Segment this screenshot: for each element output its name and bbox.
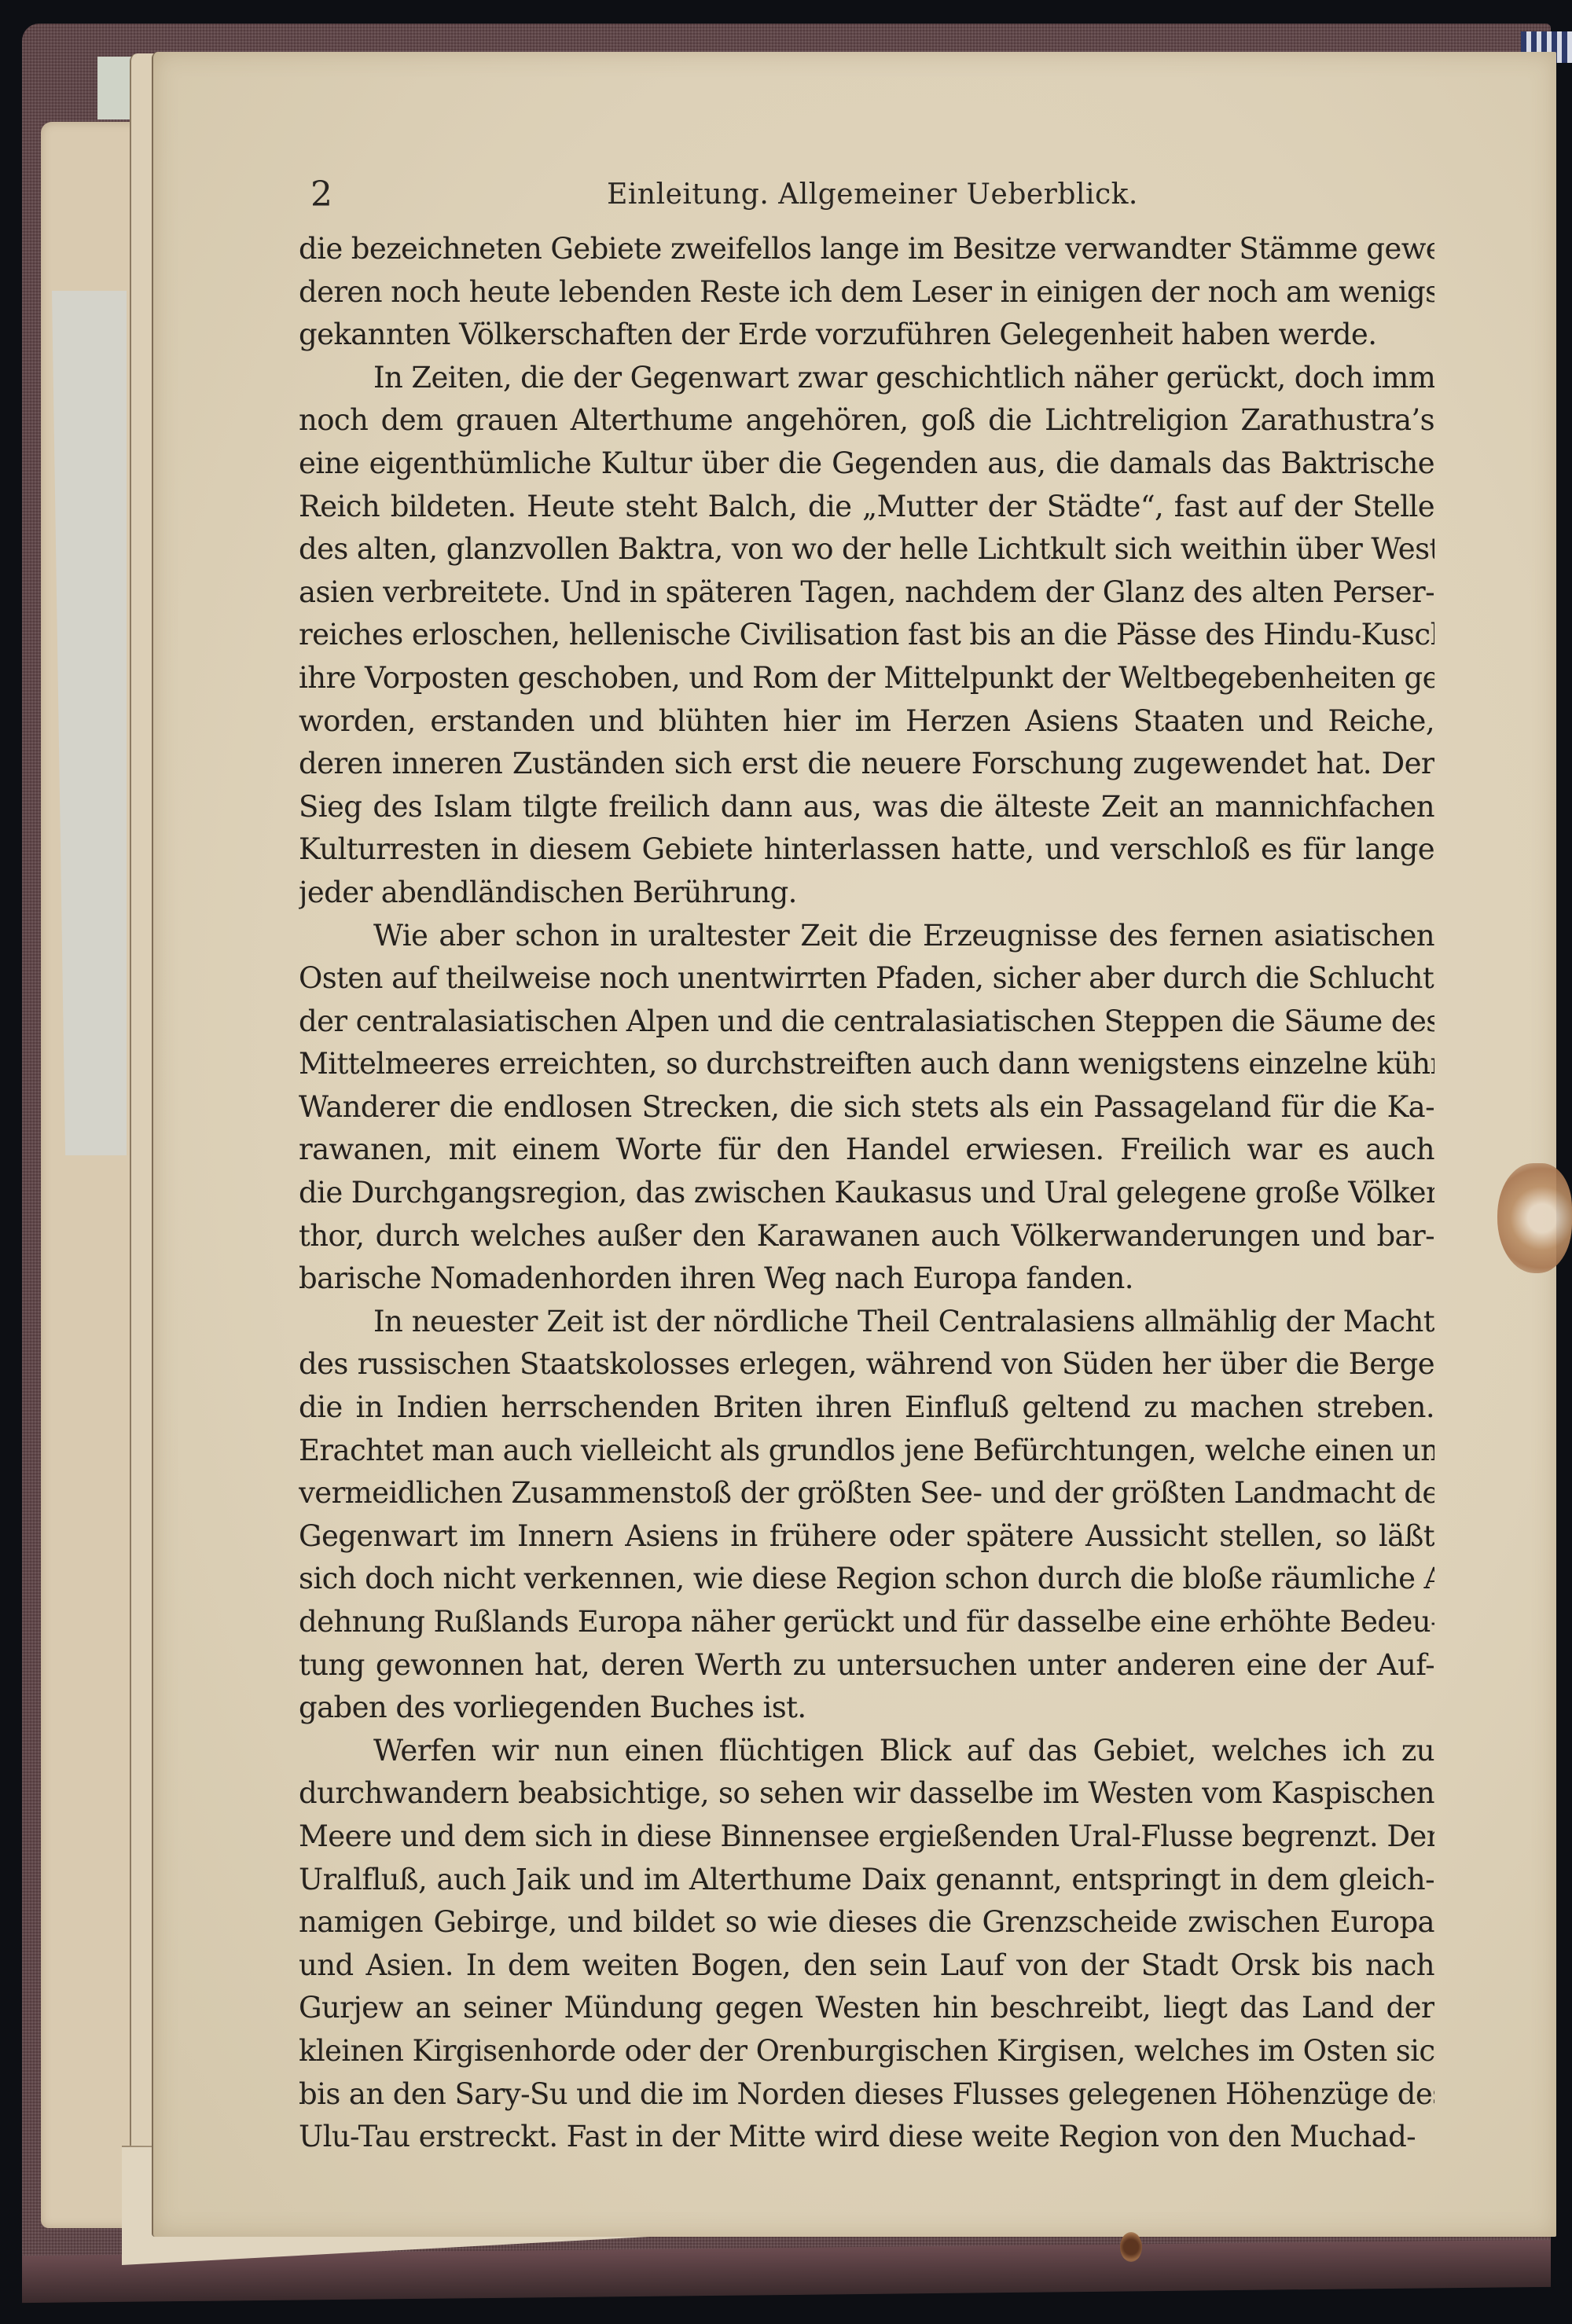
text-line: dehnung Rußlands Europa näher gerückt un… xyxy=(299,1601,1434,1644)
running-head: 2 Einleitung. Allgemeiner Ueberblick. xyxy=(310,171,1434,218)
ink-blot xyxy=(1120,2232,1142,2262)
text-line: des alten, glanzvollen Baktra, von wo de… xyxy=(299,528,1434,571)
text-line: In neuester Zeit ist der nördliche Theil… xyxy=(299,1301,1434,1344)
text-line: Osten auf theilweise noch unentwirrten P… xyxy=(299,957,1434,1000)
text-line: worden, erstanden und blühten hier im He… xyxy=(299,700,1434,743)
text-line: vermeidlichen Zusammenstoß der größten S… xyxy=(299,1472,1434,1515)
text-line: des russischen Staatskolosses erlegen, w… xyxy=(299,1343,1434,1386)
text-line: thor, durch welches außer den Karawanen … xyxy=(299,1215,1434,1258)
text-line: namigen Gebirge, und bildet so wie diese… xyxy=(299,1901,1434,1944)
text-line: sich doch nicht verkennen, wie diese Reg… xyxy=(299,1558,1434,1601)
chapter-title: Einleitung. Allgemeiner Ueberblick. xyxy=(310,171,1434,218)
text-line: Gurjew an seiner Mündung gegen Westen hi… xyxy=(299,1987,1434,2030)
text-line: die in Indien herrschenden Briten ihren … xyxy=(299,1386,1434,1430)
text-line: Mittelmeeres erreichten, so durchstreift… xyxy=(299,1043,1434,1086)
text-line: eine eigenthümliche Kultur über die Gege… xyxy=(299,442,1434,486)
text-line: und Asien. In dem weiten Bogen, den sein… xyxy=(299,1944,1434,1988)
text-line: barische Nomadenhorden ihren Weg nach Eu… xyxy=(299,1257,1434,1301)
text-line: Gegenwart im Innern Asiens in frühere od… xyxy=(299,1515,1434,1559)
page-stain xyxy=(1497,1163,1572,1273)
body-text: die bezeichneten Gebiete zweifellos lang… xyxy=(299,228,1434,2159)
text-line: Wanderer die endlosen Strecken, die sich… xyxy=(299,1086,1434,1129)
text-line: deren noch heute lebenden Reste ich dem … xyxy=(299,271,1434,314)
text-line: asien verbreitete. Und in späteren Tagen… xyxy=(299,571,1434,615)
text-line: Ulu-Tau erstreckt. Fast in der Mitte wir… xyxy=(299,2116,1434,2159)
text-line: Sieg des Islam tilgte freilich dann aus,… xyxy=(299,786,1434,829)
paragraph: Werfen wir nun einen flüchtigen Blick au… xyxy=(299,1730,1434,2159)
book-scan: Y. Hourne... 2 Einleitung. Allgemeiner U… xyxy=(0,0,1572,2324)
text-line: jeder abendländischen Berührung. xyxy=(299,872,1434,915)
text-line: deren inneren Zuständen sich erst die ne… xyxy=(299,743,1434,786)
paragraph: die bezeichneten Gebiete zweifellos lang… xyxy=(299,228,1434,357)
text-line: Meere und dem sich in diese Binnensee er… xyxy=(299,1816,1434,1859)
paragraph: In neuester Zeit ist der nördliche Theil… xyxy=(299,1301,1434,1730)
text-line: Reich bildeten. Heute steht Balch, die „… xyxy=(299,486,1434,529)
text-line: Kulturresten in diesem Gebiete hinterlas… xyxy=(299,828,1434,872)
text-line: durchwandern beabsichtige, so sehen wir … xyxy=(299,1772,1434,1816)
text-line: ihre Vorposten geschoben, und Rom der Mi… xyxy=(299,657,1434,700)
text-line: gekannten Völkerschaften der Erde vorzuf… xyxy=(299,314,1434,357)
text-line: bis an den Sary-Su und die im Norden die… xyxy=(299,2073,1434,2117)
text-line: reiches erloschen, hellenische Civilisat… xyxy=(299,614,1434,657)
text-line: In Zeiten, die der Gegenwart zwar geschi… xyxy=(299,357,1434,400)
text-line: Uralfluß, auch Jaik und im Alterthume Da… xyxy=(299,1859,1434,1902)
text-line: die Durchgangsregion, das zwischen Kauka… xyxy=(299,1172,1434,1215)
text-line: rawanen, mit einem Worte für den Handel … xyxy=(299,1129,1434,1172)
text-line: Werfen wir nun einen flüchtigen Blick au… xyxy=(299,1730,1434,1773)
paragraph: Wie aber schon in uraltester Zeit die Er… xyxy=(299,915,1434,1301)
text-line: der centralasiatischen Alpen und die cen… xyxy=(299,1000,1434,1044)
text-line: die bezeichneten Gebiete zweifellos lang… xyxy=(299,228,1434,271)
text-line: Wie aber schon in uraltester Zeit die Er… xyxy=(299,915,1434,958)
text-line: gaben des vorliegenden Buches ist. xyxy=(299,1687,1434,1730)
text-line: tung gewonnen hat, deren Werth zu unters… xyxy=(299,1644,1434,1687)
text-line: Erachtet man auch vielleicht als grundlo… xyxy=(299,1430,1434,1473)
text-line: noch dem grauen Alterthume angehören, go… xyxy=(299,399,1434,442)
text-line: kleinen Kirgisenhorde oder der Orenburgi… xyxy=(299,2030,1434,2073)
paragraph: In Zeiten, die der Gegenwart zwar geschi… xyxy=(299,357,1434,915)
